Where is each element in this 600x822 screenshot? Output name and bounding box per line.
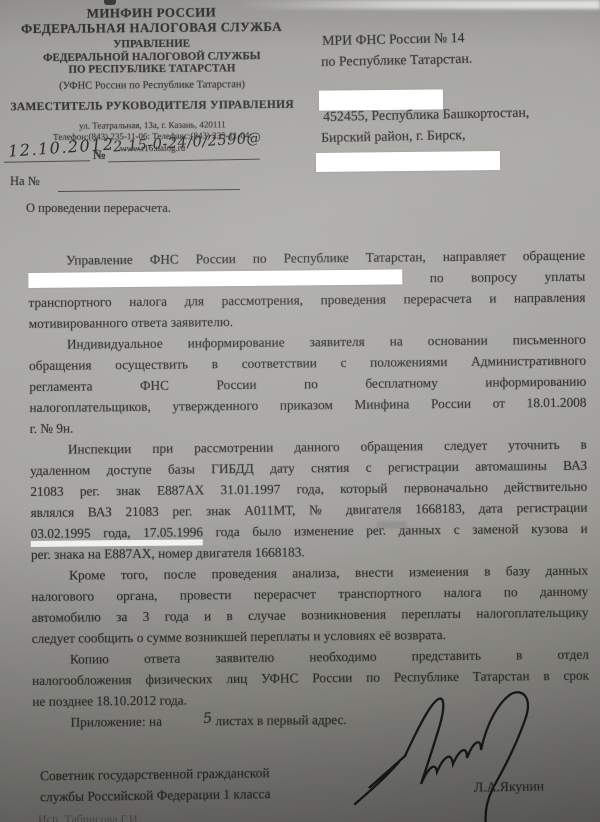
attachment-prefix: Приложение: на	[70, 714, 162, 730]
recipient-address-2: Бирский район, г. Бирск,	[321, 127, 466, 146]
executor-note-clipped: Исп. Табрисова Г.И.	[38, 812, 141, 822]
attachment-pages-handwritten: 5	[164, 708, 214, 733]
body-line-fragment: по вопросу уплаты	[430, 269, 586, 285]
handwritten-signature	[345, 686, 545, 822]
document-photo: МИНФИН РОССИИ ФЕДЕРАЛЬНАЯ НАЛОГОВАЯ СЛУЖ…	[0, 0, 600, 822]
number-sign: №	[93, 147, 106, 163]
subject-line: О проведении перерасчета.	[26, 201, 171, 216]
letter-body: Управление ФНС России по Республике Тата…	[28, 245, 590, 733]
reply-to-label: На №	[10, 174, 40, 189]
redaction-bar-recipient-address	[316, 151, 500, 172]
attachment-suffix: листах в первый адрес.	[215, 712, 346, 728]
number-underline	[108, 159, 260, 163]
signer-position-line-2: службы Российской Федерации 1 класса	[40, 785, 370, 806]
redaction-remnant-smudge	[377, 521, 407, 528]
letterhead-dept-short: (УФНС России по Республике Татарстан)	[8, 78, 296, 93]
signer-position-line-1: Советник государственной гражданской	[40, 764, 370, 785]
letterhead-service: ФЕДЕРАЛЬНАЯ НАЛОГОВАЯ СЛУЖБА	[7, 19, 295, 37]
signer-name: Л.А.Якунин	[474, 778, 544, 795]
letterhead-position-title: ЗАМЕСТИТЕЛЬ РУКОВОДИТЕЛЯ УПРАВЛЕНИЯ	[8, 98, 296, 114]
emblem-remnant-mark	[104, 0, 116, 5]
recipient-line-1: МРИ ФНС России № 14	[322, 30, 465, 49]
redaction-bar-body	[28, 269, 402, 288]
date-underline	[4, 160, 90, 163]
recipient-address-1: 452455, Республика Башкортостан,	[323, 105, 529, 125]
letterhead-dept3: ПО РЕСПУБЛИКЕ ТАТАРСТАН	[8, 62, 296, 77]
reply-underline	[58, 189, 240, 192]
recipient-line-2: по Республике Татарстан.	[321, 51, 472, 70]
